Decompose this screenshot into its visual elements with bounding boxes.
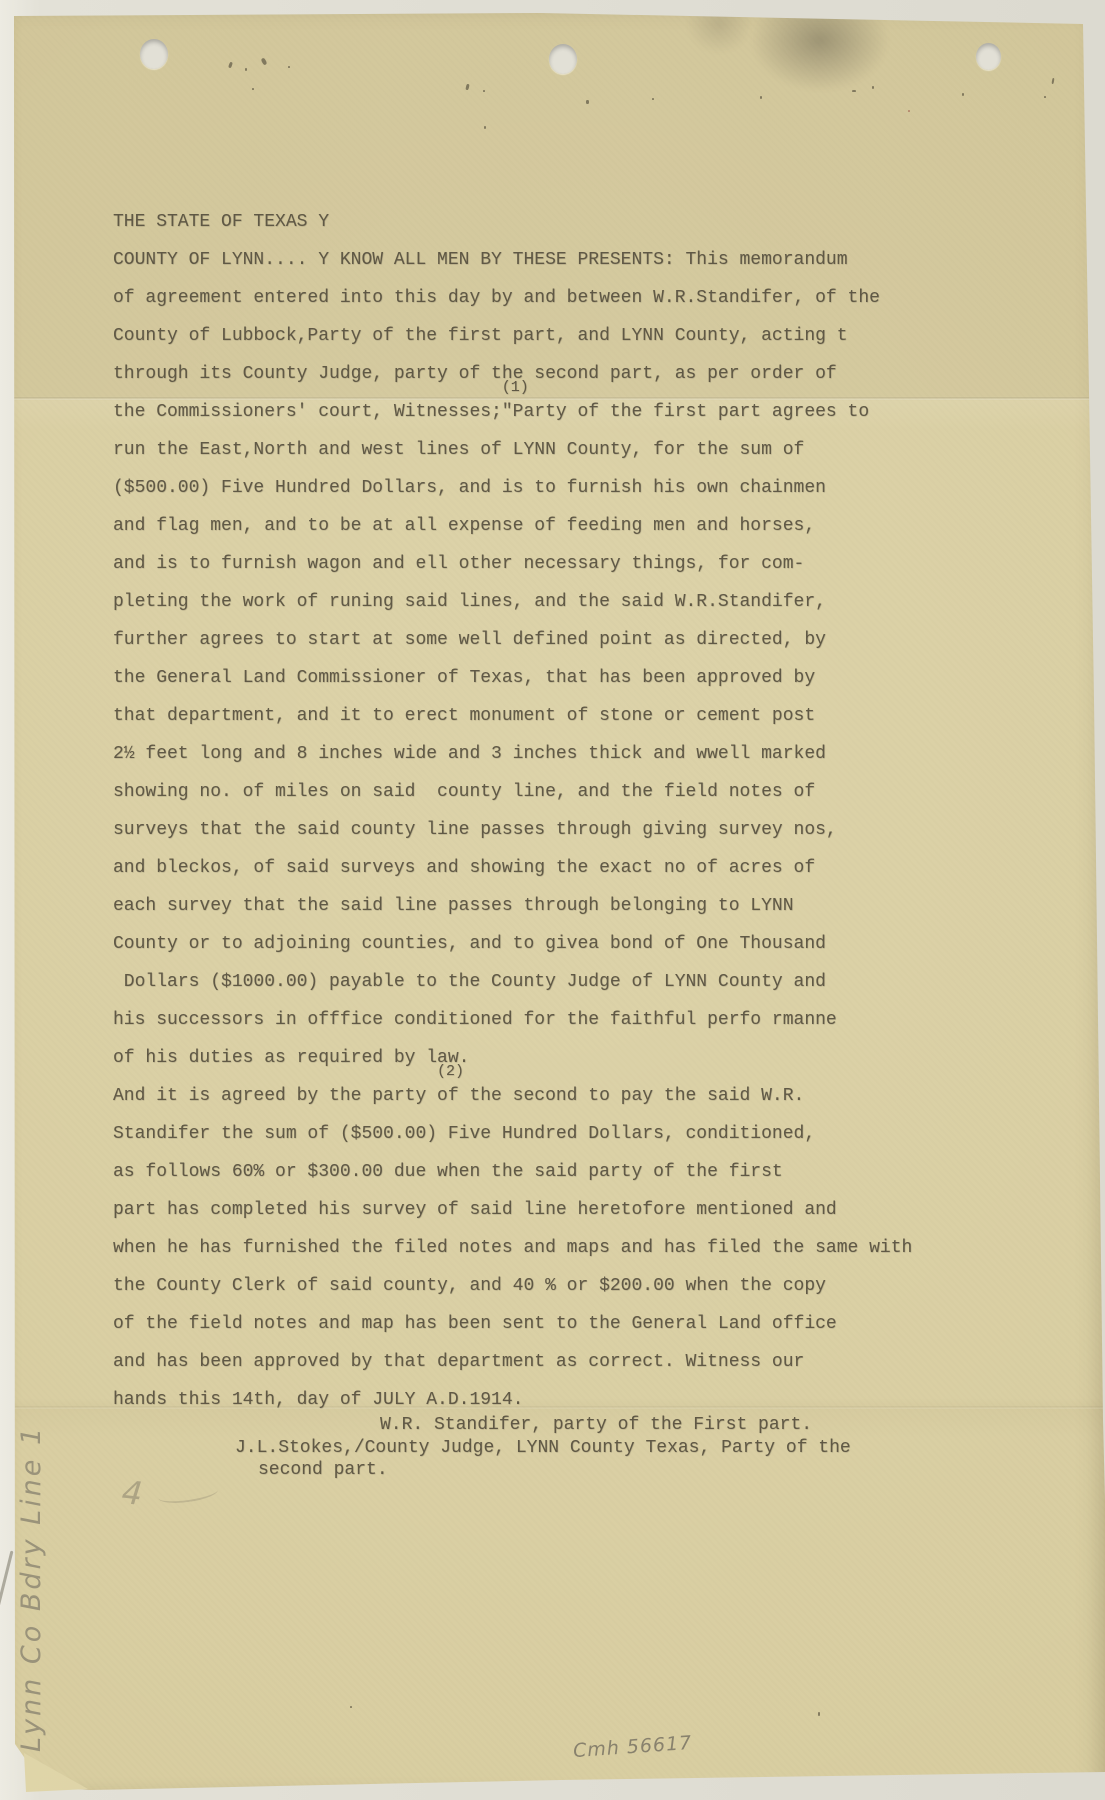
typed-line: each survey that the said line passes th… bbox=[113, 887, 912, 925]
ink-speck bbox=[872, 86, 874, 89]
ink-speck bbox=[652, 98, 654, 100]
signature-line-stokes: J.L.Stokes,/County Judge, LYNN County Te… bbox=[235, 1438, 851, 1458]
typed-line: and has been approved by that department… bbox=[113, 1343, 912, 1381]
ink-speck bbox=[760, 96, 762, 99]
typed-line: the General Land Commissioner of Texas, … bbox=[113, 659, 912, 697]
typed-line: County or to adjoining counties, and to … bbox=[113, 925, 912, 963]
typed-line: the County Clerk of said county, and 40 … bbox=[113, 1267, 912, 1305]
typed-line: when he has furnished the filed notes an… bbox=[113, 1229, 912, 1267]
margin-note-handwritten: Lynn Co Bdry Line 1 bbox=[16, 1272, 52, 1752]
pencil-mark: 4 bbox=[120, 1473, 144, 1513]
document-scan: { "colors":{"paper":"#d8cda0","backgroun… bbox=[0, 0, 1105, 1800]
signature-line-second-part: second part. bbox=[258, 1460, 388, 1480]
typed-line: his successors in offfice conditioned fo… bbox=[113, 1001, 912, 1039]
typed-body: THE STATE OF TEXAS YCOUNTY OF LYNN.... Y… bbox=[113, 203, 912, 1419]
typed-line: 2½ feet long and 8 inches wide and 3 inc… bbox=[113, 735, 912, 773]
ink-speck bbox=[586, 100, 589, 104]
typed-line: part has completed his survey of said li… bbox=[113, 1191, 912, 1229]
ink-speck bbox=[908, 110, 910, 112]
punch-hole-right bbox=[976, 43, 1001, 70]
signature-line-standifer: W.R. Standifer, party of the First part. bbox=[380, 1415, 812, 1435]
ink-speck bbox=[245, 68, 247, 71]
ink-speck bbox=[852, 90, 856, 92]
typed-line: the Commissioners' court, Witnesses;"Par… bbox=[113, 393, 912, 431]
typed-line: ($500.00) Five Hundred Dollars, and is t… bbox=[113, 469, 912, 507]
typed-line: and bleckos, of said surveys and showing… bbox=[113, 849, 912, 887]
superscript-number: (2) bbox=[437, 1064, 464, 1079]
paper: THE STATE OF TEXAS YCOUNTY OF LYNN.... Y… bbox=[0, 0, 1105, 1800]
typed-line: surveys that the said county line passes… bbox=[113, 811, 912, 849]
typed-line: of agreement entered into this day by an… bbox=[113, 279, 912, 317]
ink-speck bbox=[484, 126, 486, 129]
pencil-tick-mark bbox=[0, 1551, 13, 1612]
punch-hole-center bbox=[549, 44, 577, 74]
typed-line: showing no. of miles on said county line… bbox=[113, 773, 912, 811]
ink-speck bbox=[1044, 96, 1046, 98]
ink-speck bbox=[288, 66, 290, 68]
typed-line: and is to furnish wagon and ell other ne… bbox=[113, 545, 912, 583]
typed-line: hands this 14th, day of JULY A.D.1914. bbox=[113, 1381, 912, 1419]
typed-line: run the East,North and west lines of LYN… bbox=[113, 431, 912, 469]
typed-line: County of Lubbock,Party of the first par… bbox=[113, 317, 912, 355]
typed-line: COUNTY OF LYNN.... Y KNOW ALL MEN BY THE… bbox=[113, 241, 912, 279]
typed-line: that department, and it to erect monumen… bbox=[113, 697, 912, 735]
typed-line: as follows 60% or $300.00 due when the s… bbox=[113, 1153, 912, 1191]
punch-hole-left bbox=[140, 39, 168, 69]
typed-line: Dollars ($1000.00) payable to the County… bbox=[113, 963, 912, 1001]
ink-speck bbox=[962, 93, 964, 96]
typed-line: and flag men, and to be at all expense o… bbox=[113, 507, 912, 545]
typed-line: further agrees to start at some well def… bbox=[113, 621, 912, 659]
typed-line: of the field notes and map has been sent… bbox=[113, 1305, 912, 1343]
typed-line: And it is agreed by the party of the sec… bbox=[113, 1077, 912, 1115]
ink-speck bbox=[350, 1706, 352, 1708]
ink-speck bbox=[483, 90, 485, 92]
typed-line: pleting the work of runing said lines, a… bbox=[113, 583, 912, 621]
typed-line: Standifer the sum of ($500.00) Five Hund… bbox=[113, 1115, 912, 1153]
typed-line: of his duties as required by law. bbox=[113, 1039, 912, 1077]
ink-speck bbox=[252, 88, 254, 90]
typed-line: THE STATE OF TEXAS Y bbox=[113, 203, 912, 241]
superscript-number: (1) bbox=[502, 380, 529, 395]
ink-speck bbox=[818, 1712, 820, 1716]
